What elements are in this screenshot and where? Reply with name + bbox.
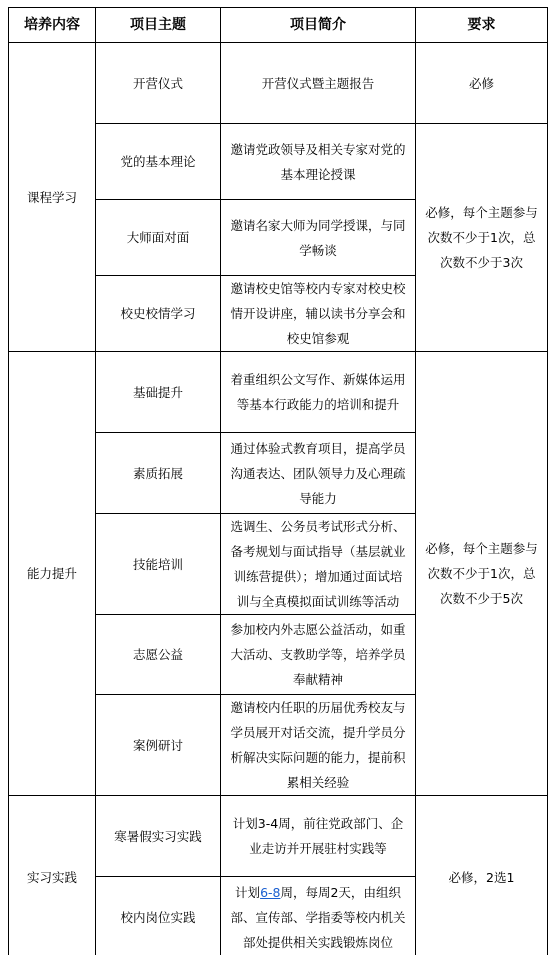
header-topic: 项目主题 [96,8,221,43]
description-cell: 计划3-4周，前往党政部门、企业走访并开展驻村实践等 [221,796,416,877]
category-cell: 实习实践 [9,796,96,955]
topic-cell: 校史校情学习 [96,276,221,352]
table-row: 能力提升 基础提升 着重组织公文写作、新媒体运用等基本行政能力的培训和提升 必修… [9,352,548,433]
description-cell: 邀请校内任职的历届优秀校友与学员展开对话交流，提升学员分析解决实际问题的能力，提… [221,695,416,796]
topic-cell: 案例研讨 [96,695,221,796]
description-cell: 邀请校史馆等校内专家对校史校情开设讲座，辅以读书分享会和校史馆参观 [221,276,416,352]
category-cell: 课程学习 [9,43,96,352]
description-cell: 邀请名家大师为同学授课，与同学畅谈 [221,200,416,276]
header-row: 培养内容 项目主题 项目简介 要求 [9,8,548,43]
description-cell: 着重组织公文写作、新媒体运用等基本行政能力的培训和提升 [221,352,416,433]
description-cell: 计划6-8周，每周2天，由组织部、宣传部、学指委等校内机关部处提供相关实践锻炼岗… [221,877,416,955]
topic-cell: 志愿公益 [96,615,221,695]
requirement-cell: 必修 [416,43,548,124]
description-cell: 邀请党政领导及相关专家对党的基本理论授课 [221,124,416,200]
description-cell: 参加校内外志愿公益活动，如重大活动、支教助学等，培养学员奉献精神 [221,615,416,695]
description-cell: 开营仪式暨主题报告 [221,43,416,124]
table-row: 实习实践 寒暑假实习实践 计划3-4周，前往党政部门、企业走访并开展驻村实践等 … [9,796,548,877]
training-program-table: 培养内容 项目主题 项目简介 要求 课程学习 开营仪式 开营仪式暨主题报告 必修… [8,7,548,955]
topic-cell: 校内岗位实践 [96,877,221,955]
description-cell: 选调生、公务员考试形式分析、备考规划与面试指导（基层就业训练营提供）；增加通过面… [221,514,416,615]
header-category: 培养内容 [9,8,96,43]
description-prefix: 计划 [235,885,260,900]
topic-cell: 技能培训 [96,514,221,615]
requirement-cell: 必修，每个主题参与次数不少于1次，总次数不少于5次 [416,352,548,796]
topic-cell: 大师面对面 [96,200,221,276]
description-cell: 通过体验式教育项目，提高学员沟通表达、团队领导力及心理疏导能力 [221,433,416,514]
topic-cell: 基础提升 [96,352,221,433]
table-row: 课程学习 开营仪式 开营仪式暨主题报告 必修 [9,43,548,124]
header-description: 项目简介 [221,8,416,43]
topic-cell: 寒暑假实习实践 [96,796,221,877]
requirement-cell: 必修，2选1 [416,796,548,955]
topic-cell: 素质拓展 [96,433,221,514]
weeks-link[interactable]: 6-8 [260,885,280,900]
category-cell: 能力提升 [9,352,96,796]
requirement-cell: 必修，每个主题参与次数不少于1次，总次数不少于3次 [416,124,548,352]
topic-cell: 党的基本理论 [96,124,221,200]
header-requirement: 要求 [416,8,548,43]
topic-cell: 开营仪式 [96,43,221,124]
